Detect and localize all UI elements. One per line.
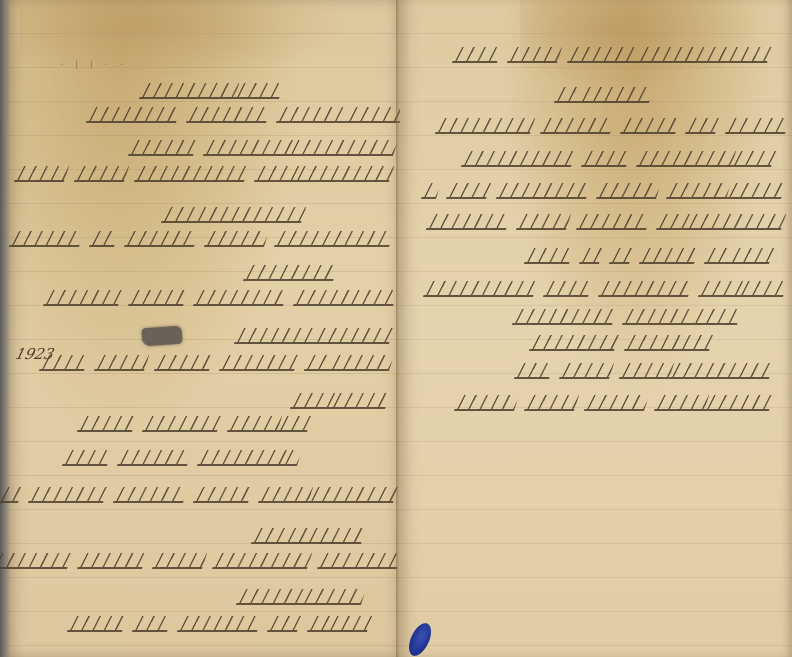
handwritten-line xyxy=(52,447,303,466)
handwritten-line xyxy=(0,228,395,247)
notebook-spread: · ׀ ׀ · · 1923 xyxy=(0,0,792,657)
handwritten-line xyxy=(161,204,307,223)
handwritten-line xyxy=(226,586,367,605)
handwritten-line xyxy=(504,360,775,379)
handwritten-line xyxy=(29,352,395,371)
handwritten-line xyxy=(451,148,777,167)
handwritten-line xyxy=(514,245,775,264)
handwritten-line xyxy=(241,525,367,544)
handwritten-line xyxy=(0,484,399,503)
handwritten-line xyxy=(76,104,407,123)
ink-smudge xyxy=(141,326,182,347)
handwritten-line xyxy=(514,84,655,103)
handwritten-year: 1923 xyxy=(14,345,57,363)
handwritten-line xyxy=(413,278,789,297)
handwritten-line xyxy=(425,115,791,134)
handwritten-line xyxy=(444,392,775,411)
handwritten-line xyxy=(224,325,395,344)
handwritten-line xyxy=(519,332,715,351)
handwritten-line xyxy=(243,262,339,281)
handwritten-line xyxy=(416,211,787,230)
handwritten-line xyxy=(411,180,787,199)
pencil-marks: · ׀ ׀ · · xyxy=(60,58,127,71)
handwritten-line xyxy=(502,306,743,325)
handwritten-line xyxy=(118,137,399,156)
handwritten-line xyxy=(33,287,399,306)
handwritten-line xyxy=(67,413,313,432)
handwritten-line xyxy=(0,550,403,569)
handwritten-line xyxy=(220,390,391,409)
handwritten-line xyxy=(57,613,373,632)
blue-ink-blot xyxy=(404,620,435,657)
left-page: · ׀ ׀ · · 1923 xyxy=(0,0,400,657)
handwritten-line xyxy=(442,44,773,63)
handwritten-line xyxy=(129,80,285,99)
right-page xyxy=(400,0,792,657)
handwritten-line xyxy=(4,163,395,182)
